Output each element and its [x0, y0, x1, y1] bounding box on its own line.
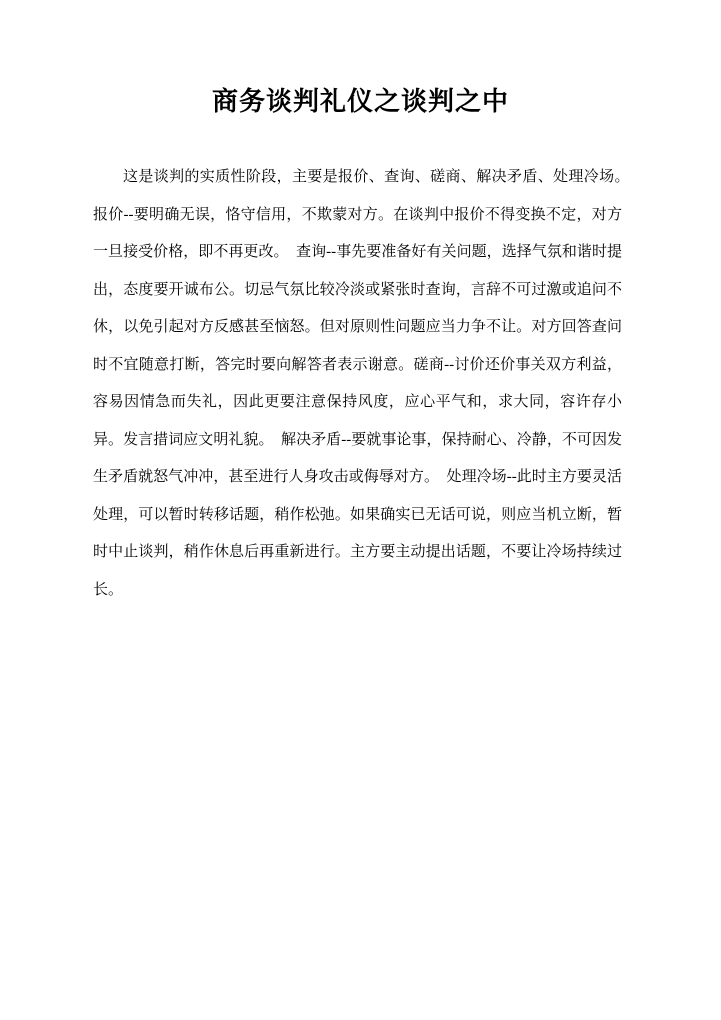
document-body-paragraph: 这是谈判的实质性阶段，主要是报价、查询、磋商、解决矛盾、处理冷场。 报价--要明… [93, 159, 622, 609]
document-page: 商务谈判礼仪之谈判之中 这是谈判的实质性阶段，主要是报价、查询、磋商、解决矛盾、… [0, 0, 721, 1020]
document-title: 商务谈判礼仪之谈判之中 [0, 0, 721, 118]
